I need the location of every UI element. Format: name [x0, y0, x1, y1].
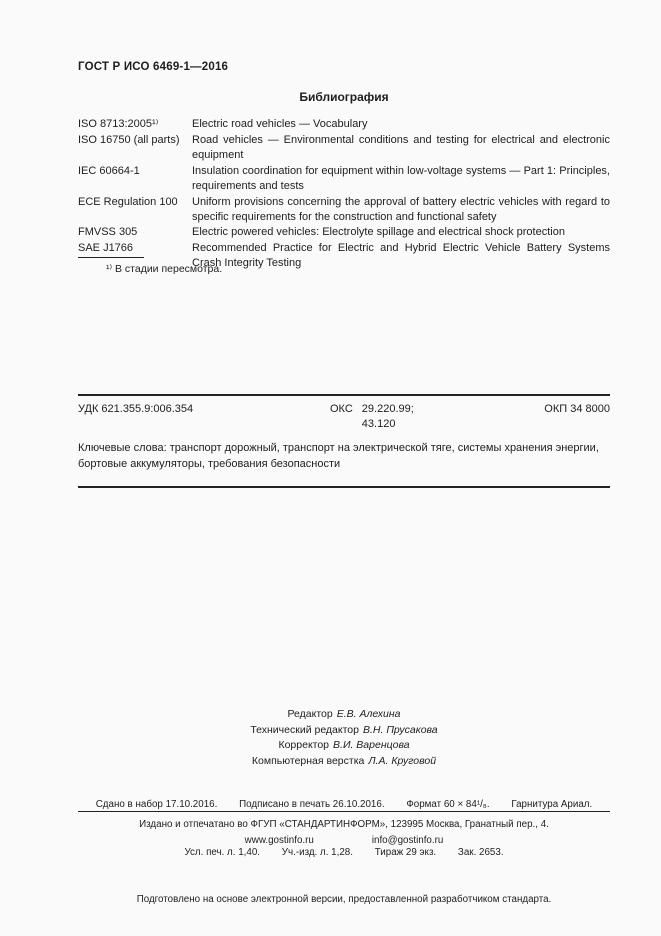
entry-code: FMVSS 305: [78, 225, 192, 240]
oks-value-line: 43.120: [362, 417, 414, 432]
publisher-links: www.gostinfo.ruinfo@gostinfo.ru: [78, 833, 610, 849]
oks-label: ОКС: [330, 402, 353, 432]
publisher-block: Издано и отпечатано во ФГУП «СТАНДАРТИНФ…: [78, 817, 610, 848]
udk-number: УДК 621.355.9:006.354: [78, 402, 193, 417]
credit-name: В.И. Варенцова: [333, 739, 410, 751]
imprint-block: Сдано в набор 17.10.2016. Подписано в пе…: [78, 766, 610, 936]
footnote-divider: [78, 257, 144, 258]
publisher-email: info@gostinfo.ru: [372, 833, 444, 849]
oks-value-line: 29.220.99;: [362, 402, 414, 417]
imprint-line-3: Подготовлено на основе электронной верси…: [78, 892, 610, 908]
entry-description: Road vehicles — Environmental conditions…: [192, 133, 610, 163]
footnote: ¹⁾ В стадии пересмотра.: [78, 263, 610, 275]
credit-role: Редактор: [288, 708, 333, 720]
credit-line: КорректорВ.И. Варенцова: [78, 738, 610, 754]
entry-description: Uniform provisions concerning the approv…: [192, 195, 610, 225]
bibliography-list: ISO 8713:2005¹⁾ Electric road vehicles —…: [78, 117, 610, 272]
credit-line: Технический редакторВ.Н. Прусакова: [78, 723, 610, 739]
horizontal-rule: [78, 811, 610, 812]
credit-line: РедакторЕ.В. Алехина: [78, 707, 610, 723]
credit-role: Компьютерная верстка: [252, 755, 364, 767]
bibliography-entry: FMVSS 305 Electric powered vehicles: Ele…: [78, 225, 610, 240]
entry-description: Electric powered vehicles: Electrolyte s…: [192, 225, 610, 240]
credit-name: Л.А. Круговой: [368, 755, 436, 767]
keywords-paragraph: Ключевые слова: транспорт дорожный, тран…: [78, 441, 610, 472]
credit-name: В.Н. Прусакова: [363, 724, 438, 736]
credit-role: Технический редактор: [250, 724, 359, 736]
bibliography-entry: ISO 16750 (all parts) Road vehicles — En…: [78, 133, 610, 163]
oks-values: 29.220.99; 43.120: [362, 402, 414, 432]
horizontal-rule: [78, 394, 610, 396]
entry-description: Electric road vehicles — Vocabulary: [192, 117, 610, 132]
credit-role: Корректор: [278, 739, 329, 751]
section-title: Библиография: [78, 90, 610, 104]
entry-code: ISO 8713:2005¹⁾: [78, 117, 192, 132]
okp-code: ОКП 34 8000: [544, 402, 610, 417]
bibliography-entry: ECE Regulation 100 Uniform provisions co…: [78, 195, 610, 225]
entry-description: Insulation coordination for equipment wi…: [192, 164, 610, 194]
oks-codes: ОКС 29.220.99; 43.120: [330, 402, 414, 432]
entry-code: ECE Regulation 100: [78, 195, 192, 225]
publisher-website: www.gostinfo.ru: [245, 833, 314, 849]
credit-name: Е.В. Алехина: [337, 708, 401, 720]
doc-code: ГОСТ Р ИСО 6469-1—2016: [78, 61, 228, 73]
entry-code: IEC 60664-1: [78, 164, 192, 194]
document-page: ГОСТ Р ИСО 6469-1—2016 Библиография ISO …: [0, 0, 661, 936]
publisher-address: Издано и отпечатано во ФГУП «СТАНДАРТИНФ…: [78, 817, 610, 833]
entry-code: ISO 16750 (all parts): [78, 133, 192, 163]
credits-block: РедакторЕ.В. Алехина Технический редакто…: [78, 707, 610, 769]
horizontal-rule: [78, 486, 610, 488]
bibliography-entry: IEC 60664-1 Insulation coordination for …: [78, 164, 610, 194]
bibliography-entry: ISO 8713:2005¹⁾ Electric road vehicles —…: [78, 117, 610, 132]
